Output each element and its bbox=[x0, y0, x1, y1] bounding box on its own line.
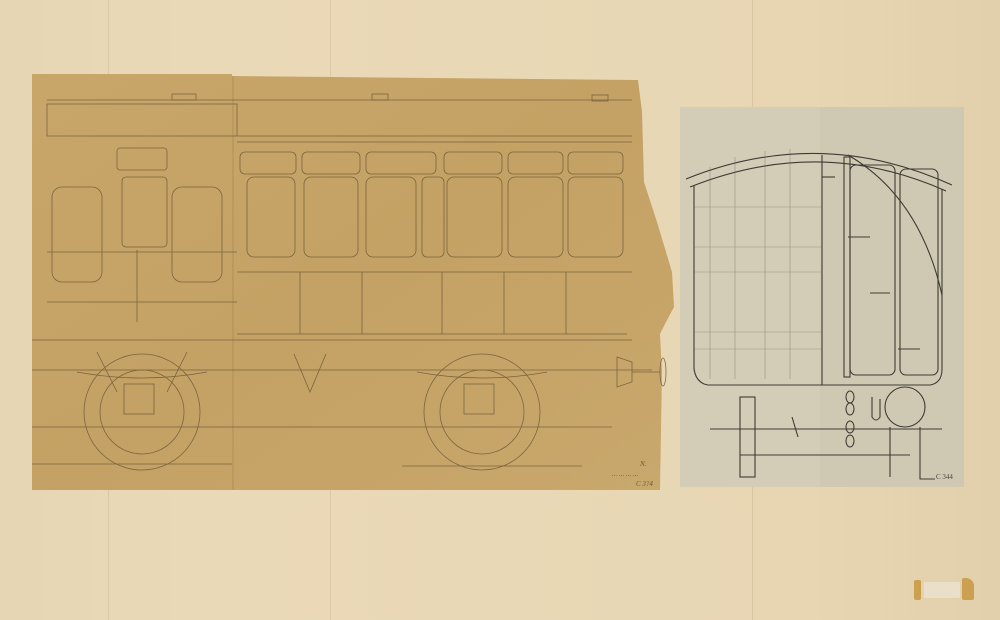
sheet-reference-label: C 344 bbox=[936, 473, 953, 481]
annotation-number: N. bbox=[640, 460, 646, 468]
end-elevation-drawing bbox=[680, 107, 966, 487]
archival-drawing-scan: { "document": { "subject": "Railway carr… bbox=[0, 0, 1000, 620]
side-elevation-drawing bbox=[32, 72, 677, 490]
end-elevation-sheet: C 344 bbox=[680, 107, 966, 487]
side-elevation-sheet: N. ... ... ... ... C 3?4 bbox=[32, 72, 677, 490]
tape-fragment bbox=[914, 576, 976, 602]
annotation-reference: C 3?4 bbox=[636, 480, 653, 488]
annotation-title: ... ... ... ... bbox=[612, 470, 638, 478]
